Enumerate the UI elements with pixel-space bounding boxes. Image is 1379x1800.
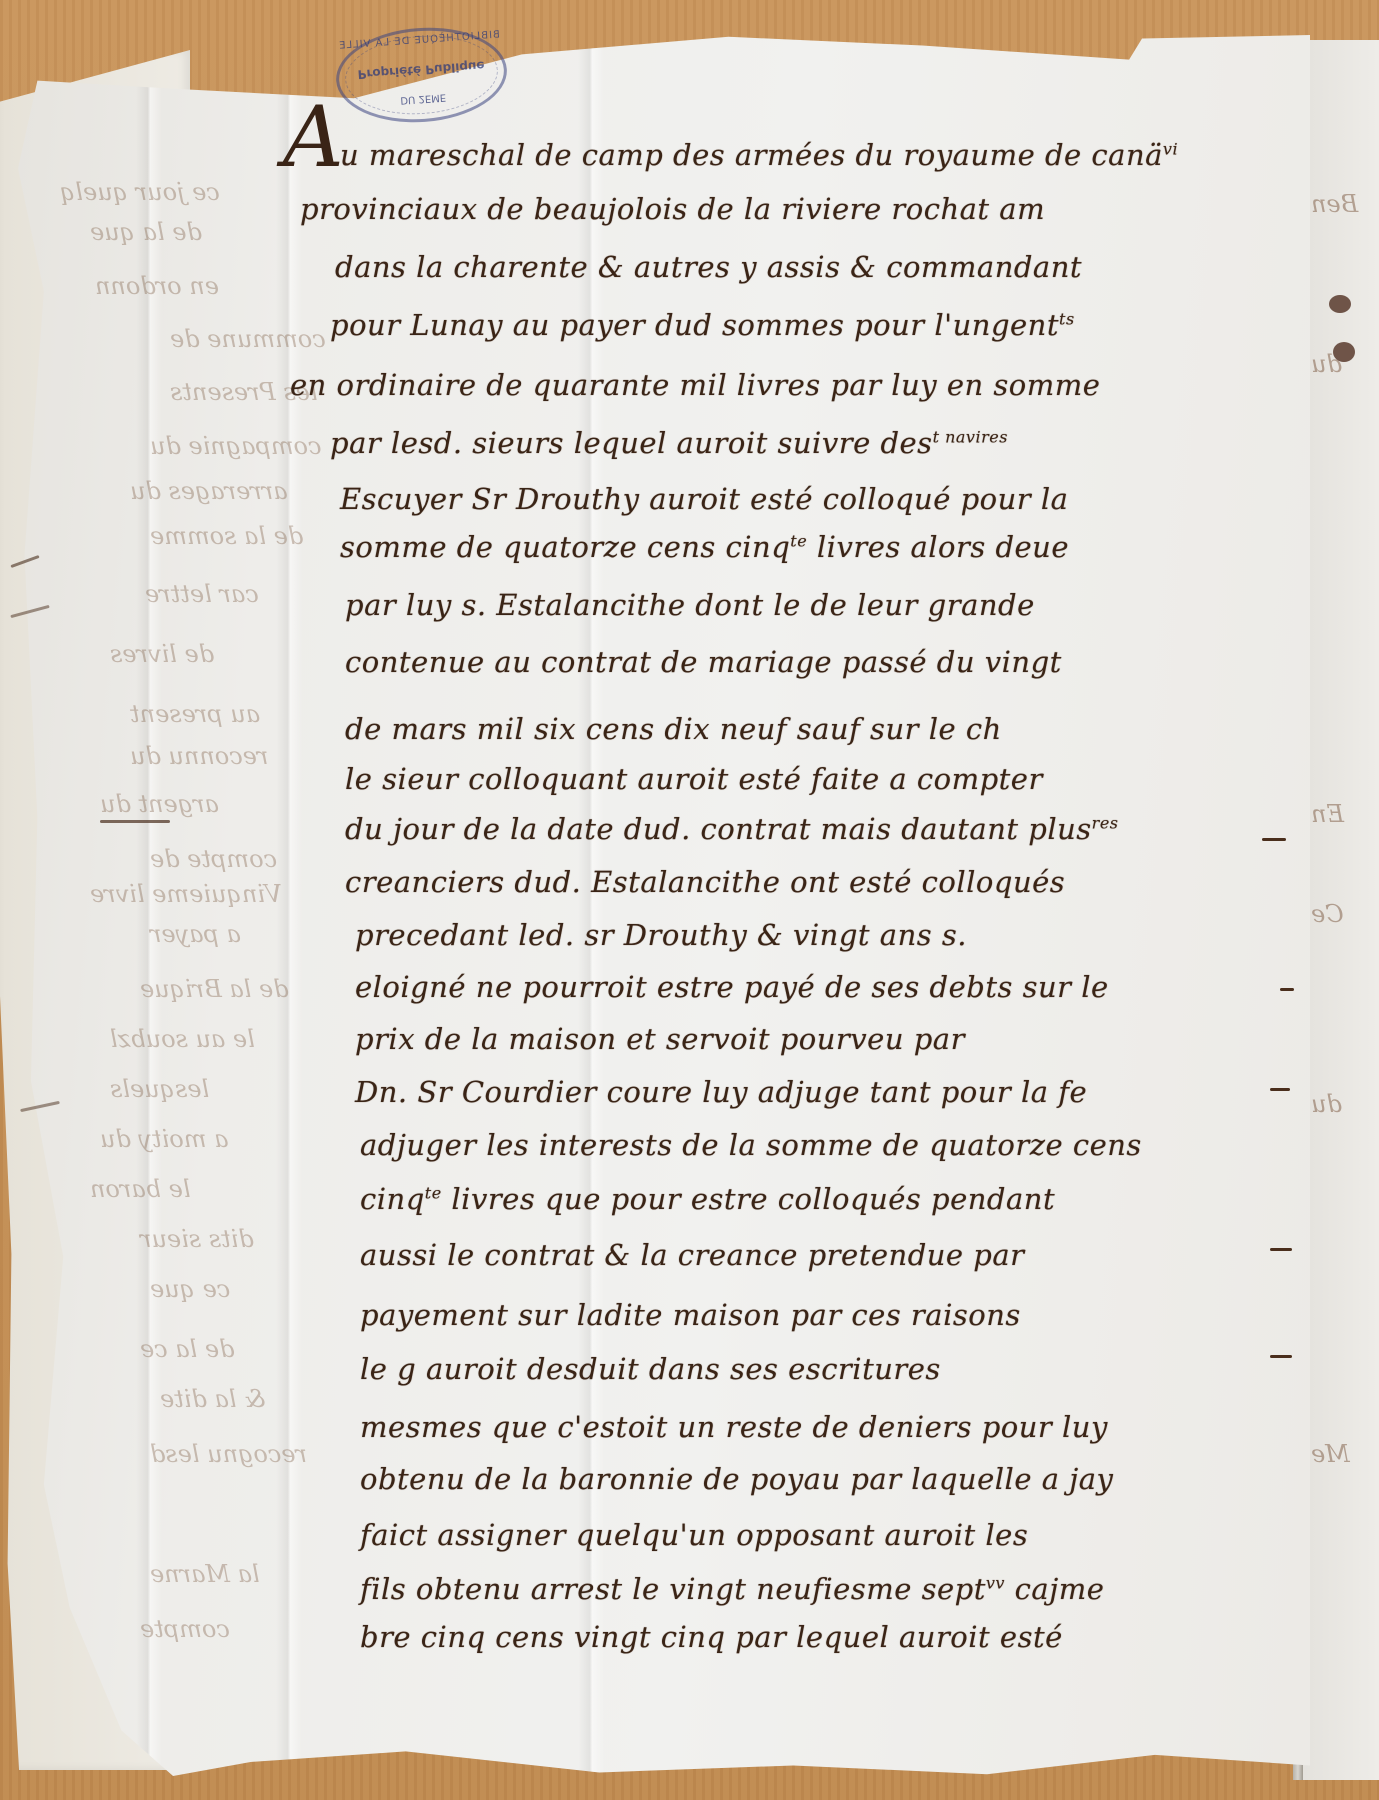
bleed-line: arrerages du <box>130 477 288 505</box>
bleed-line: recognu lesd <box>150 1440 307 1468</box>
text-line-20: cinqte livres que pour estre colloqués p… <box>360 1182 1055 1216</box>
bleed-line: lesquels <box>110 1075 209 1103</box>
text-line-6: par lesd. sieurs lequel auroit suivre de… <box>330 426 1008 460</box>
bleed-line: ce jour quelq <box>60 178 220 206</box>
bleed-line: commune de <box>170 325 326 353</box>
text-line-22: payement sur ladite maison par ces raiso… <box>360 1298 1021 1332</box>
ink-blot <box>1329 295 1351 313</box>
text-line-7: Escuyer Sr Drouthy auroit esté colloqué … <box>340 482 1068 516</box>
bleed-line: a moity du <box>100 1125 228 1153</box>
bleed-line: au present <box>130 700 260 728</box>
bleed-line: car lettre <box>145 580 259 608</box>
margin-stroke <box>100 820 170 823</box>
text-line-28: bre cinq cens vingt cinq par lequel auro… <box>360 1620 1063 1654</box>
bleed-line: dits sieur <box>140 1225 254 1253</box>
text-line-15: precedant led. sr Drouthy & vingt ans s. <box>355 918 967 952</box>
bleed-line: a payer <box>150 920 241 948</box>
bleed-line: & la dite <box>160 1385 266 1413</box>
text-line-3: dans la charente & autres y assis & comm… <box>335 250 1082 284</box>
text-line-5: en ordinaire de quarante mil livres par … <box>290 368 1100 402</box>
bleed-line: argent du <box>100 790 219 818</box>
bleed-line: de la ce <box>140 1335 234 1363</box>
text-line-27: fils obtenu arrest le vingt neufiesme se… <box>360 1572 1104 1606</box>
bleed-line: de la que <box>90 218 202 246</box>
line-end-dash <box>1270 1355 1292 1358</box>
bleed-line: ce que <box>150 1275 230 1303</box>
text-line-1: u mareschal de camp des armées du royaum… <box>340 138 1178 172</box>
text-line-24: mesmes que c'estoit un reste de deniers … <box>360 1410 1108 1444</box>
bleed-line: de la Brique <box>140 975 289 1003</box>
text-line-21: aussi le contrat & la creance pretendue … <box>360 1238 1025 1272</box>
bleed-line: compagnie du <box>150 432 321 460</box>
text-line-18: Dn. Sr Courdier coure luy adjuge tant po… <box>355 1075 1087 1109</box>
text-line-2: provinciaux de beaujolois de la riviere … <box>300 192 1045 226</box>
decorative-initial: A <box>283 95 344 179</box>
text-line-13: du jour de la date dud. contrat mais dau… <box>345 812 1119 846</box>
line-end-dash <box>1262 838 1286 841</box>
text-line-12: le sieur colloquant auroit esté faite a … <box>345 762 1043 796</box>
text-line-10: contenue au contrat de mariage passé du … <box>345 645 1062 679</box>
text-line-8: somme de quatorze cens cinqte livres alo… <box>340 530 1069 564</box>
right-page-fragment: du <box>1311 1090 1342 1118</box>
bleed-line: compte <box>140 1615 230 1643</box>
bleed-line: le baron <box>90 1175 191 1203</box>
right-page-fragment: Me <box>1311 1440 1350 1468</box>
text-line-26: faict assigner quelqu'un opposant auroit… <box>360 1518 1028 1552</box>
text-line-9: par luy s. Estalancithe dont le de leur … <box>345 588 1035 622</box>
bleed-line: la Marne <box>150 1560 260 1588</box>
text-line-4: pour Lunay au payer dud sommes pour l'un… <box>330 308 1075 342</box>
text-line-11: de mars mil six cens dix neuf sauf sur l… <box>345 712 1002 746</box>
right-page-fragment: Ben <box>1311 190 1358 218</box>
text-line-25: obtenu de la baronnie de poyau par laque… <box>360 1462 1113 1496</box>
right-page-fragment: En <box>1311 800 1344 828</box>
bleed-line: en ordonn <box>95 272 219 300</box>
bleed-line: reconnu du <box>130 742 268 770</box>
right-page-fragment: Ce <box>1311 900 1344 928</box>
bleed-line: compte de <box>150 845 277 873</box>
line-end-dash <box>1270 1088 1290 1091</box>
text-line-14: creanciers dud. Estalancithe ont esté co… <box>345 865 1065 899</box>
line-end-dash <box>1270 1248 1292 1251</box>
text-line-19: adjuger les interests de la somme de qua… <box>360 1128 1142 1162</box>
bleed-line: Vinquieme livre <box>90 880 282 908</box>
ink-blot <box>1333 342 1355 362</box>
bleed-line: de livres <box>110 640 214 668</box>
line-end-dash <box>1280 988 1294 991</box>
adjacent-page-right: Ben du En Ce du Me <box>1303 40 1379 1780</box>
text-line-23: le g auroit desduit dans ses escritures <box>360 1352 941 1386</box>
text-line-17: prix de la maison et servoit pourveu par <box>355 1022 965 1056</box>
bleed-line: le au soubzl <box>110 1025 255 1053</box>
text-line-16: eloigné ne pourroit estre payé de ses de… <box>355 970 1109 1004</box>
bleed-line: de la somme <box>150 522 303 550</box>
